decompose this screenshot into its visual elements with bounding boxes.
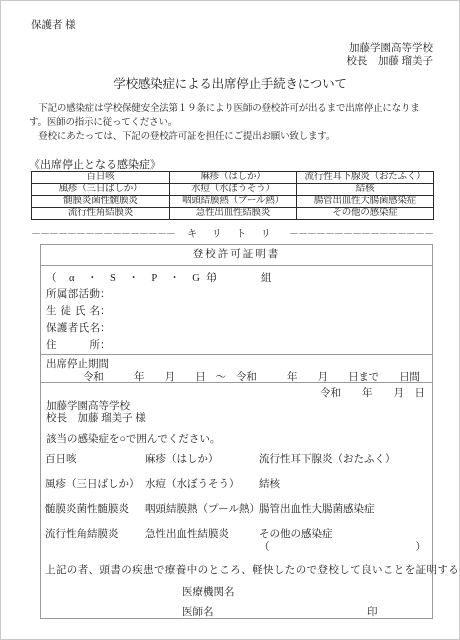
course-group-options: （ α ・ S ・ P ・ G ） — [46, 270, 224, 285]
field-club-label: 所属部活動 — [46, 286, 100, 301]
divider — [41, 354, 432, 355]
sender-school-name: 加藤学園高等学校 — [346, 42, 433, 55]
disease-option: 腸管出血性大腸菌感染症 — [259, 501, 375, 516]
disease-option: 水痘（水ぼうそう） — [145, 476, 240, 491]
addressee-principal: 校長 加藤 瑠美子 様 — [46, 410, 146, 425]
recipient-label: 保護者 様 — [31, 17, 76, 32]
stop-diseases-heading: 《出席停止となる感染症》 — [29, 156, 161, 172]
disease-option: 結核 — [259, 476, 280, 491]
table-cell: 麻疹（はしか） — [170, 172, 297, 184]
field-club: 所属部活動： — [46, 286, 111, 301]
field-colon: ： — [100, 306, 111, 317]
field-guardian-name-label: 保護者氏名 — [46, 320, 100, 335]
medical-institution-label: 医療機関名 — [182, 584, 235, 599]
disease-option-row: 髄膜炎菌性髄膜炎 咽頭結膜熱（プール熱） 腸管出血性大腸菌感染症 — [41, 501, 432, 514]
cut-here-label: キ リ ト リ — [183, 225, 281, 240]
certification-sentence: 上記の者、頭書の疾患で療養中のところ、軽快したので登校して良いことを証明する。 — [45, 562, 460, 577]
sender-block: 加藤学園高等学校 校長 加藤 瑠美子 — [346, 42, 433, 68]
table-cell: 風疹（三日ばしか） — [32, 184, 170, 196]
intro-line-2: す。医師の指示に従ってください。 — [29, 116, 420, 130]
paren-open: （ — [259, 539, 270, 554]
field-guardian-name: 保護者氏名： — [46, 320, 111, 335]
disease-option: 流行性耳下腺炎（おたふく） — [259, 451, 396, 466]
doctor-row: 医師名 印 — [41, 604, 432, 617]
field-address: 住所： — [46, 337, 111, 352]
stop-diseases-table: 百日咳 麻疹（はしか） 流行性耳下腺炎（おたふく） 風疹（三日ばしか） 水痘（水… — [31, 171, 434, 220]
table-cell: 髄膜炎菌性髄膜炎 — [32, 196, 170, 208]
table-cell: 流行性耳下腺炎（おたふく） — [297, 172, 434, 184]
table-row: 百日咳 麻疹（はしか） 流行性耳下腺炎（おたふく） — [32, 172, 434, 184]
sender-principal-name: 校長 加藤 瑠美子 — [346, 55, 433, 68]
cut-dashes-left: －－－－－－－－－－－－－－－－ — [31, 225, 175, 240]
table-cell: 腸管出血性大腸菌感染症 — [297, 196, 434, 208]
disease-option: 麻疹（はしか） — [145, 451, 219, 466]
intro-line-1: 下記の感染症は学校保健安全法第１９条により医師の登校許可が出るまで出席停止になり… — [29, 102, 420, 116]
field-colon: ： — [100, 340, 111, 351]
year-label: 年 — [206, 270, 217, 285]
table-row: 風疹（三日ばしか） 水痘（水ぼうそう） 結核 — [32, 184, 434, 196]
certificate-title: 登校許可証明書 — [41, 245, 432, 266]
other-disease-writein: （ ） — [259, 539, 426, 554]
table-cell: 流行性角結膜炎 — [32, 208, 170, 220]
table-cell: 結核 — [297, 184, 434, 196]
paren-close: ） — [416, 539, 427, 554]
disease-option: 髄膜炎菌性髄膜炎 — [45, 501, 129, 516]
document-title: 学校感染症による出席停止手続きについて — [1, 74, 459, 92]
field-student-name: 生徒氏名： — [46, 303, 111, 318]
intro-line-3: 登校にあたっては、下記の登校許可証を担任にご提出お願い致します。 — [29, 130, 420, 144]
table-cell: 急性出血性結膜炎 — [170, 208, 297, 220]
disease-option-row: 風疹（三日ばしか） 水痘（水ぼうそう） 結核 — [41, 476, 432, 489]
table-cell: 水痘（水ぼうそう） — [170, 184, 297, 196]
seal-label: 印 — [367, 604, 378, 619]
circle-instruction: 該当の感染症を○で囲んでください。 — [46, 431, 220, 446]
field-student-name-label: 生徒氏名 — [46, 303, 100, 318]
intro-paragraph: 下記の感染症は学校保健安全法第１９条により医師の登校許可が出るまで出席停止になり… — [29, 102, 420, 144]
table-cell: 咽頭結膜熱（プール熱） — [170, 196, 297, 208]
field-colon: ： — [100, 289, 111, 300]
attendance-permission-certificate: 登校許可証明書 （ α ・ S ・ P ・ G ） 年 組 所属部活動： 生徒氏… — [40, 244, 433, 619]
document-page: 保護者 様 加藤学園高等学校 校長 加藤 瑠美子 学校感染症による出席停止手続き… — [0, 0, 460, 640]
doctor-name-label: 医師名 — [182, 604, 214, 619]
table-cell: 百日咳 — [32, 172, 170, 184]
cut-here-line: －－－－－－－－－－－－－－－－ キ リ ト リ －－－－－－－－－－－－－－－… — [31, 225, 433, 240]
table-cell: その他の感染症 — [297, 208, 434, 220]
disease-option: 風疹（三日ばしか） — [45, 476, 140, 491]
issue-date-line: 令和 年 月 日 — [320, 385, 425, 400]
field-colon: ： — [100, 323, 111, 334]
disease-option: 流行性角結膜炎 — [45, 526, 119, 541]
table-row: 流行性角結膜炎 急性出血性結膜炎 その他の感染症 — [32, 208, 434, 220]
divider — [41, 382, 432, 383]
disease-option: 百日咳 — [45, 451, 77, 466]
cut-dashes-right: －－－－－－－－－－－－－－－－ — [289, 225, 433, 240]
disease-option: 咽頭結膜熱（プール熱） — [145, 501, 260, 516]
table-row: 髄膜炎菌性髄膜炎 咽頭結膜熱（プール熱） 腸管出血性大腸菌感染症 — [32, 196, 434, 208]
class-label: 組 — [261, 270, 272, 285]
grade-class-row: （ α ・ S ・ P ・ G ） 年 組 — [46, 270, 427, 283]
disease-option: 急性出血性結膜炎 — [145, 526, 229, 541]
disease-option-row: 流行性角結膜炎 急性出血性結膜炎 その他の感染症 — [41, 526, 432, 539]
field-address-label: 住所 — [46, 337, 100, 352]
disease-option-row: 百日咳 麻疹（はしか） 流行性耳下腺炎（おたふく） — [41, 451, 432, 464]
